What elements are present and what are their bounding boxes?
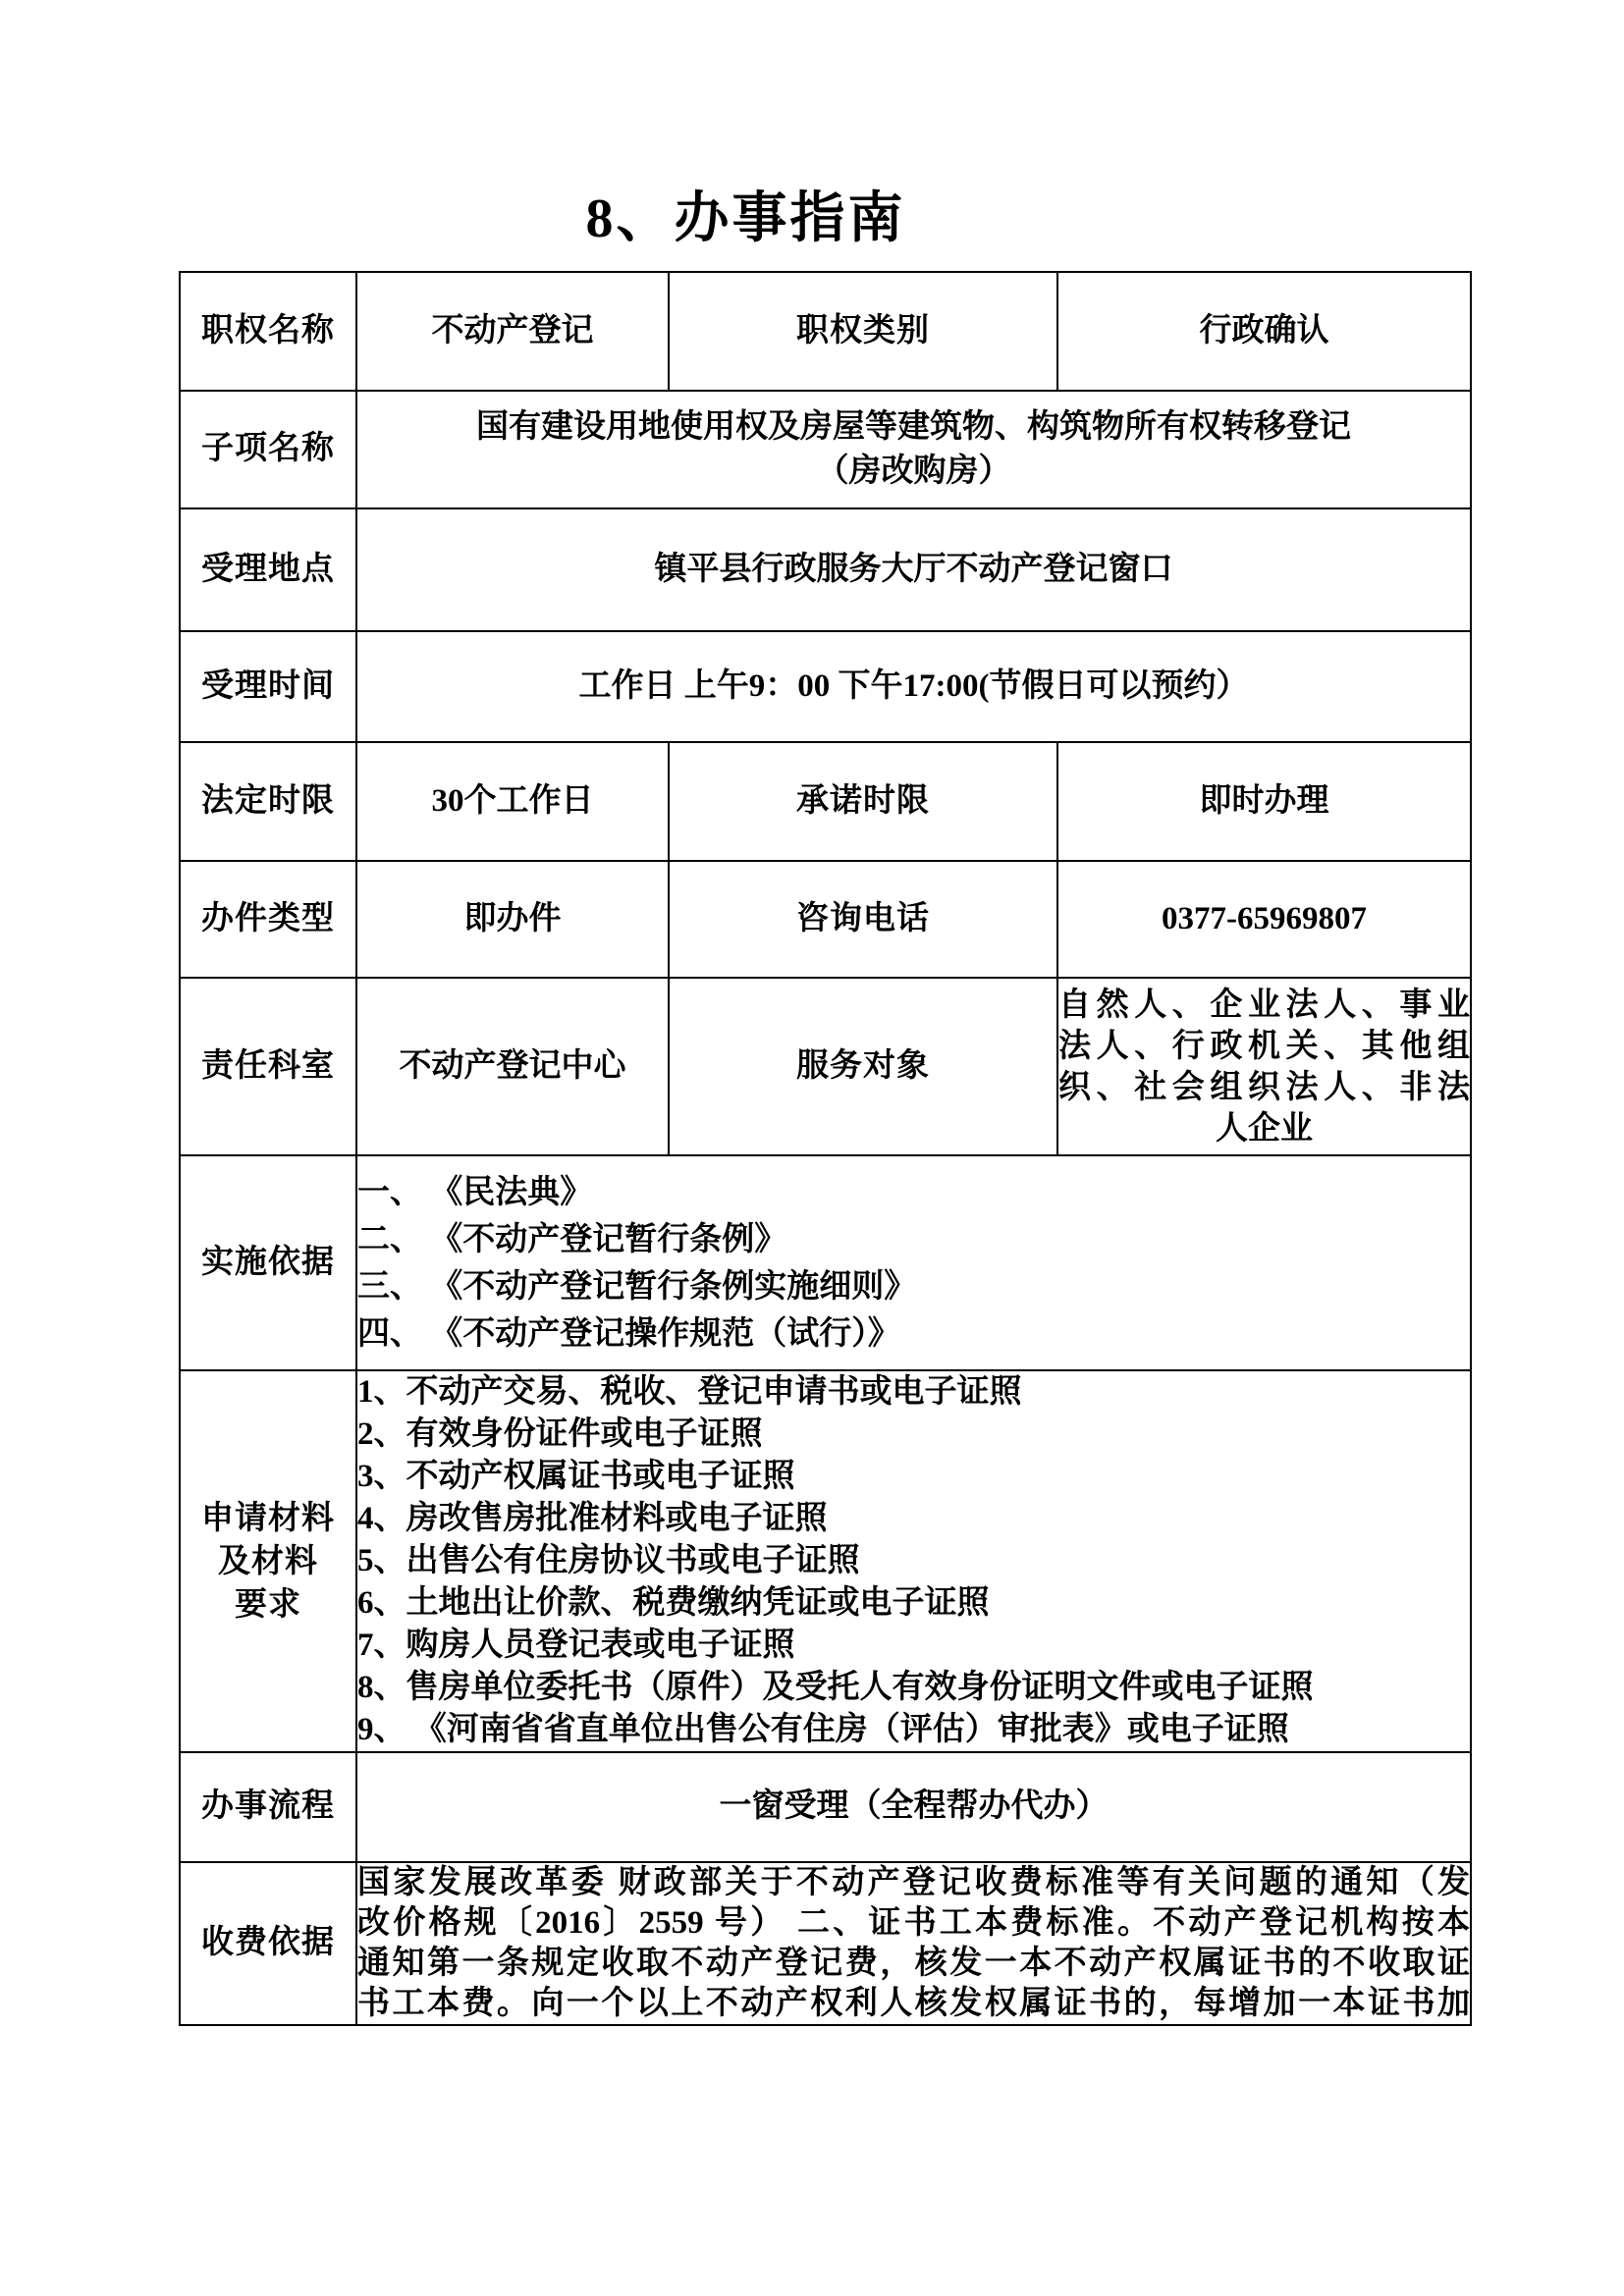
basis-item: 三、 《不动产登记暂行条例实施细则》 [357,1263,1470,1310]
basis-item: 二、 《不动产登记暂行条例》 [357,1216,1470,1263]
table-row-location: 受理地点 镇平县行政服务大厅不动产登记窗口 [180,508,1471,631]
value-authority-type: 行政确认 [1057,272,1471,391]
label-case-type: 办件类型 [180,861,356,978]
fee-line: 书工本费。向一个以上不动产权利人核发权属证书的，每增加一本证书加 [357,1984,1470,2024]
value-legal-time-limit: 30个工作日 [356,742,669,861]
document-page: 8、办事指南 职权名称 不动产登记 职权类别 行政确认 子项名称 国有建设用地使… [0,0,1624,2296]
label-phone: 咨询电话 [669,861,1057,978]
label-accept-time: 受理时间 [180,631,356,742]
table-row-subitem: 子项名称 国有建设用地使用权及房屋等建筑物、构筑物所有权转移登记 （房改购房） [180,391,1471,508]
value-service-object: 自然人、企业法人、事业 法人、行政机关、其他组 织、社会组织法人、非法 人企业 [1057,978,1471,1155]
value-authority-name: 不动产登记 [356,272,669,391]
material-item: 8、售房单位委托书（原件）及受托人有效身份证明文件或电子证照 [357,1667,1470,1709]
value-case-type: 即办件 [356,861,669,978]
material-item: 3、不动产权属证书或电子证照 [357,1456,1470,1498]
value-responsible-dept: 不动产登记中心 [356,978,669,1155]
label-service-object: 服务对象 [669,978,1057,1155]
value-implementation-basis: 一、 《民法典》 二、 《不动产登记暂行条例》 三、 《不动产登记暂行条例实施细… [356,1155,1471,1370]
material-item: 2、有效身份证件或电子证照 [357,1414,1470,1456]
fee-line: 通知第一条规定收取不动产登记费，核发一本不动产权属证书的不收取证 [357,1944,1470,1984]
material-item: 1、不动产交易、税收、登记申请书或电子证照 [357,1371,1470,1414]
table-row-fee-basis: 收费依据 国家发展改革委 财政部关于不动产登记收费标准等有关问题的通知（发 改价… [180,1862,1471,2025]
value-process: 一窗受理（全程帮办代办） [356,1752,1471,1862]
label-accept-location: 受理地点 [180,508,356,631]
table-row-authority: 职权名称 不动产登记 职权类别 行政确认 [180,272,1471,391]
label-subitem-name: 子项名称 [180,391,356,508]
label-authority-name: 职权名称 [180,272,356,391]
table-row-legal-basis: 实施依据 一、 《民法典》 二、 《不动产登记暂行条例》 三、 《不动产登记暂行… [180,1155,1471,1370]
value-application-materials: 1、不动产交易、税收、登记申请书或电子证照 2、有效身份证件或电子证照 3、不动… [356,1370,1471,1752]
label-legal-time-limit: 法定时限 [180,742,356,861]
material-item: 4、房改售房批准材料或电子证照 [357,1498,1470,1540]
value-subitem-name: 国有建设用地使用权及房屋等建筑物、构筑物所有权转移登记 （房改购房） [356,391,1471,508]
material-item: 7、购房人员登记表或电子证照 [357,1625,1470,1667]
fee-line: 改价格规〔2016〕2559 号） 二、证书工本费标准。不动产登记机构按本 [357,1903,1470,1944]
basis-item: 四、 《不动产登记操作规范（试行）》 [357,1310,1470,1358]
label-application-materials: 申请材料 及材料 要求 [180,1370,356,1752]
table-row-department: 责任科室 不动产登记中心 服务对象 自然人、企业法人、事业 法人、行政机关、其他… [180,978,1471,1155]
label-fee-basis: 收费依据 [180,1862,356,2025]
label-authority-type: 职权类别 [669,272,1057,391]
page-title: 8、办事指南 [100,187,1391,252]
material-item: 9、 《河南省省直单位出售公有住房（评估）审批表》或电子证照 [357,1709,1470,1751]
material-item: 6、土地出让价款、税费缴纳凭证或电子证照 [357,1582,1470,1625]
table-row-time-limit: 法定时限 30个工作日 承诺时限 即时办理 [180,742,1471,861]
value-fee-basis: 国家发展改革委 财政部关于不动产登记收费标准等有关问题的通知（发 改价格规〔20… [356,1862,1471,2025]
material-item: 5、出售公有住房协议书或电子证照 [357,1540,1470,1582]
value-phone: 0377-65969807 [1057,861,1471,978]
value-promised-time-limit: 即时办理 [1057,742,1471,861]
service-guide-table: 职权名称 不动产登记 职权类别 行政确认 子项名称 国有建设用地使用权及房屋等建… [179,271,1472,2026]
value-accept-location: 镇平县行政服务大厅不动产登记窗口 [356,508,1471,631]
label-process: 办事流程 [180,1752,356,1862]
label-responsible-dept: 责任科室 [180,978,356,1155]
table-row-time: 受理时间 工作日 上午9：00 下午17:00(节假日可以预约） [180,631,1471,742]
value-accept-time: 工作日 上午9：00 下午17:00(节假日可以预约） [356,631,1471,742]
table-row-case-type: 办件类型 即办件 咨询电话 0377-65969807 [180,861,1471,978]
basis-item: 一、 《民法典》 [357,1169,1470,1216]
table-row-materials: 申请材料 及材料 要求 1、不动产交易、税收、登记申请书或电子证照 2、有效身份… [180,1370,1471,1752]
fee-line: 国家发展改革委 财政部关于不动产登记收费标准等有关问题的通知（发 [357,1863,1470,1903]
label-implementation-basis: 实施依据 [180,1155,356,1370]
label-promised-time-limit: 承诺时限 [669,742,1057,861]
table-row-process: 办事流程 一窗受理（全程帮办代办） [180,1752,1471,1862]
